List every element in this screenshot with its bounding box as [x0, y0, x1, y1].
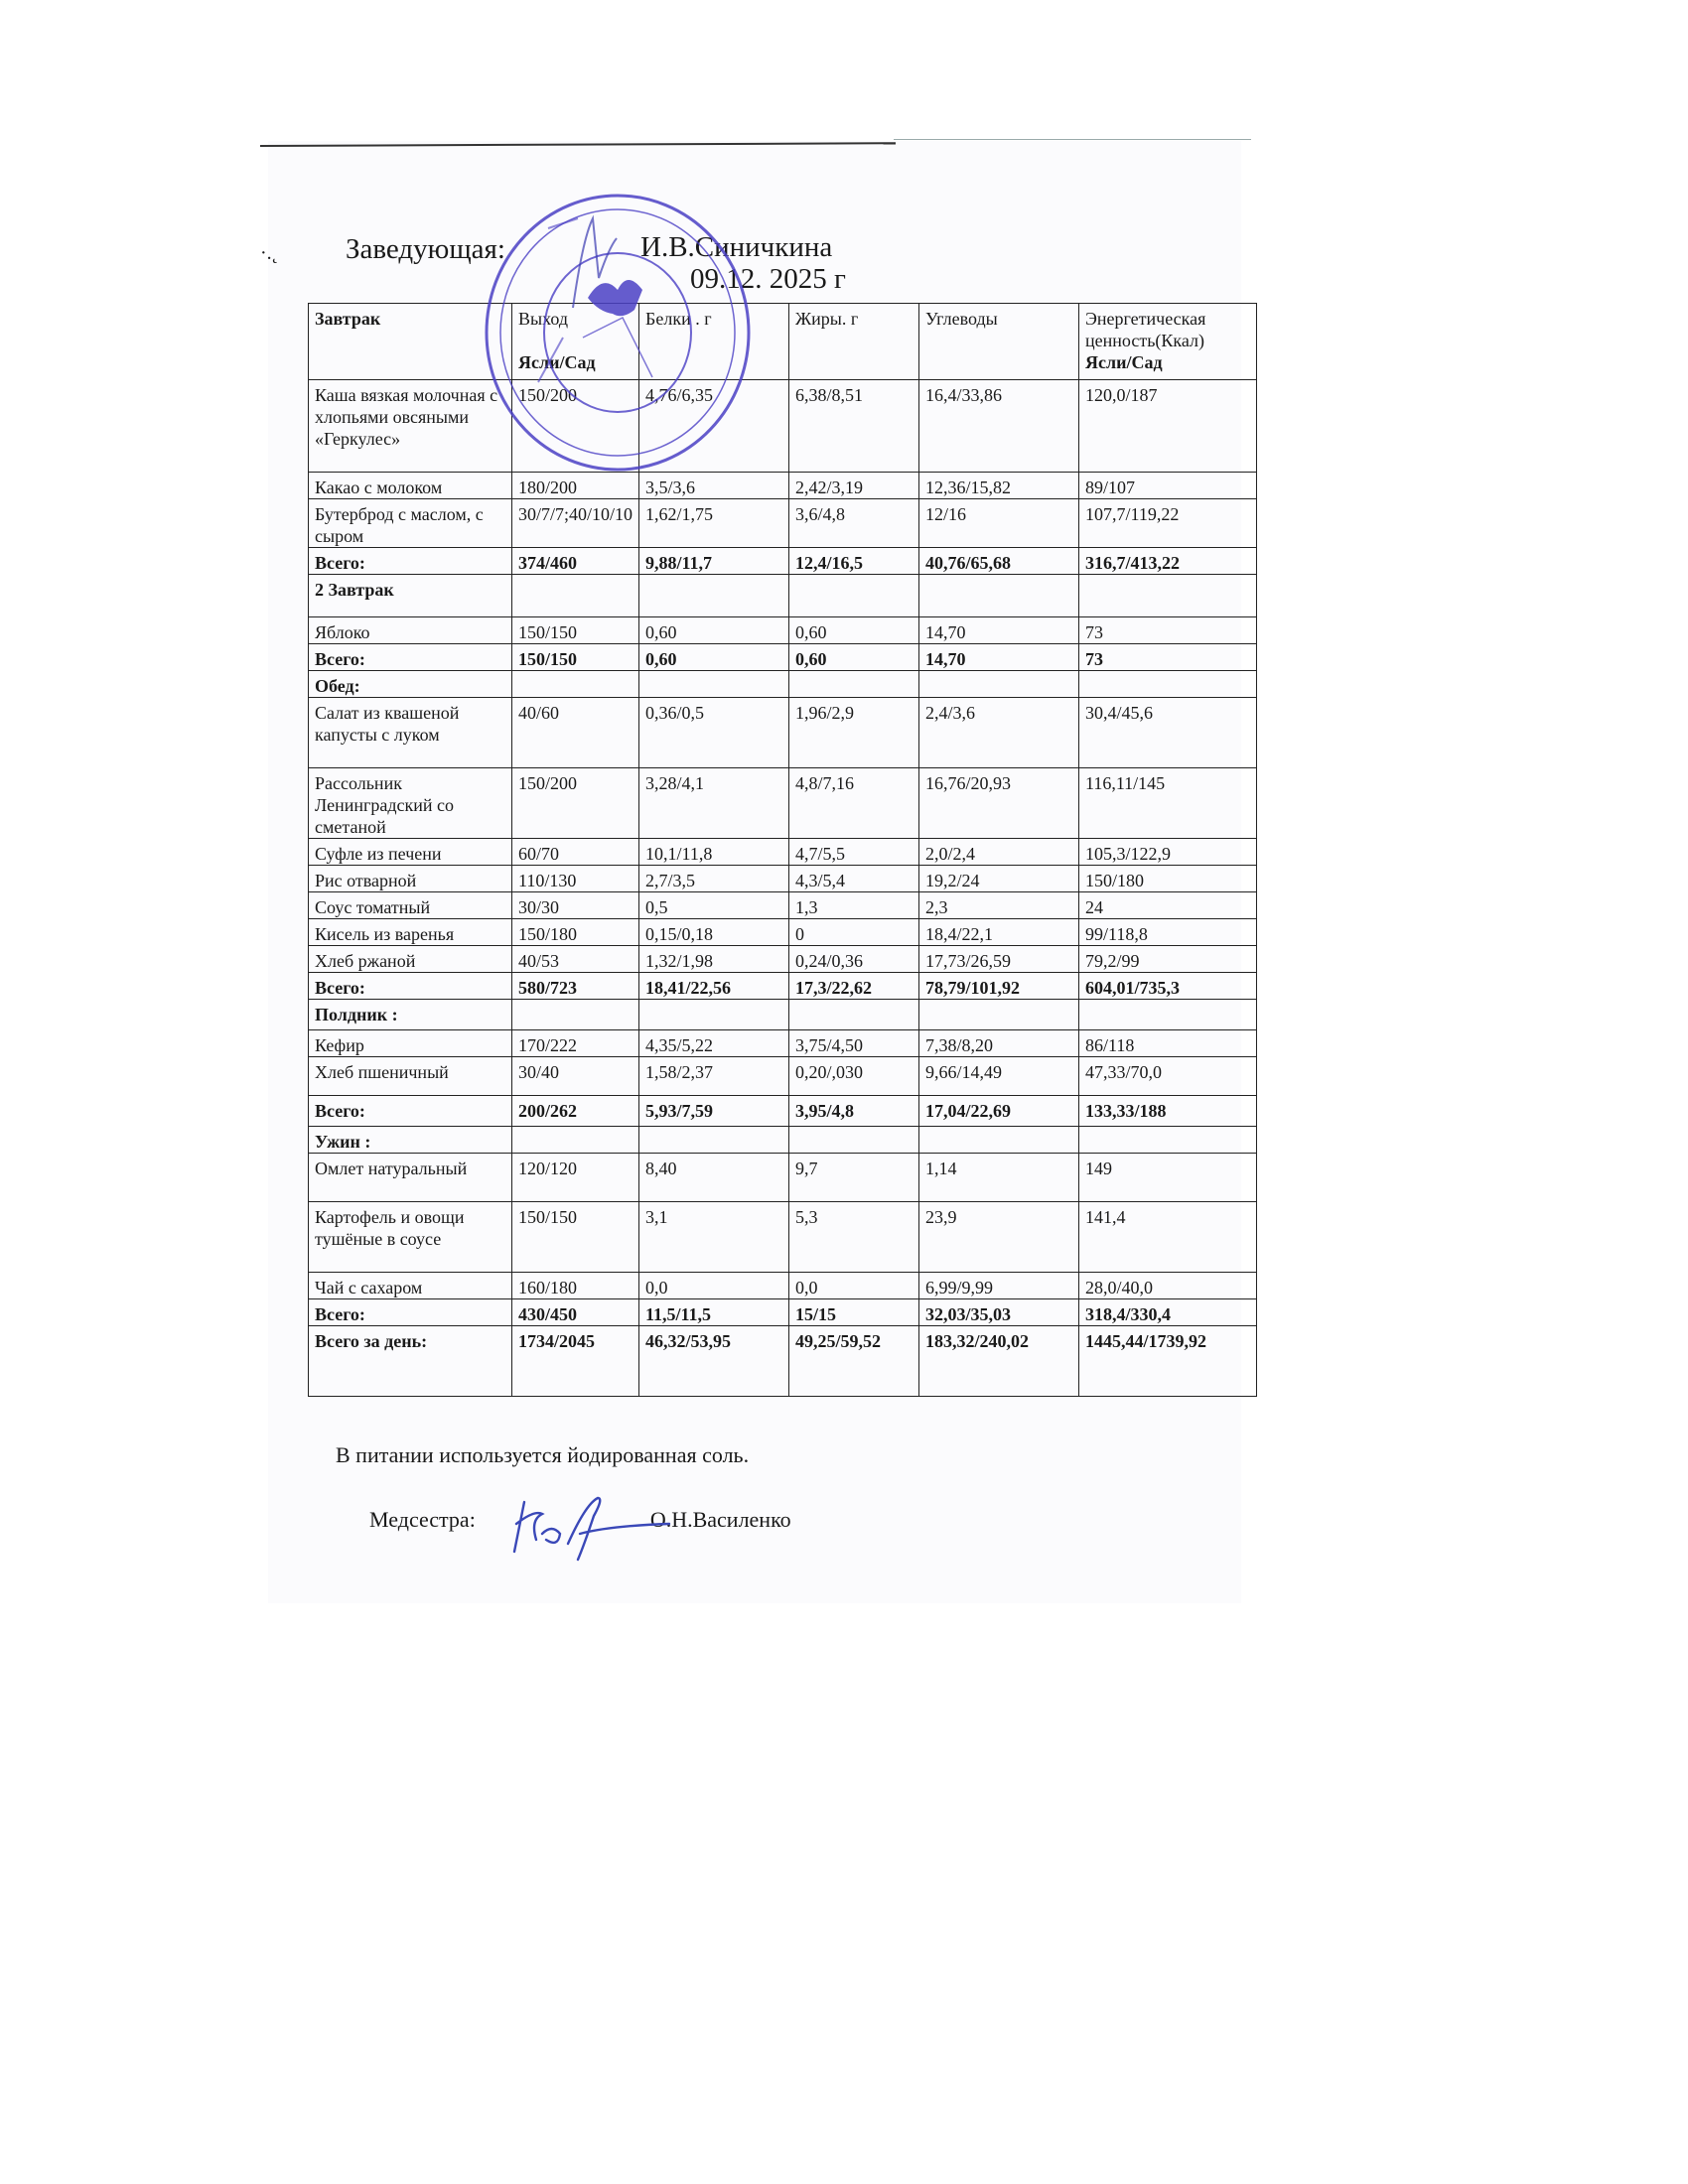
table-row: Хлеб ржаной40/531,32/1,980,24/0,3617,73/…: [309, 946, 1257, 973]
cell-proteins: [639, 575, 789, 617]
cell-proteins: 9,88/11,7: [639, 548, 789, 575]
cell-carbs: 1,14: [919, 1154, 1079, 1202]
cell-proteins: 1,62/1,75: [639, 499, 789, 548]
cell-proteins: [639, 1000, 789, 1030]
cell-proteins: 4,35/5,22: [639, 1030, 789, 1057]
cell-fats: 4,3/5,4: [789, 866, 919, 892]
dish-name: Рис отварной: [309, 866, 512, 892]
energy-header-line: Ясли/Сад: [1085, 351, 1250, 373]
cell-energy: [1079, 1127, 1257, 1154]
dish-name: Всего:: [309, 973, 512, 1000]
cell-carbs: 12,36/15,82: [919, 473, 1079, 499]
energy-header-line: ценность(Ккал): [1085, 330, 1250, 351]
table-row: Картофель и овощи тушёные в соусе150/150…: [309, 1202, 1257, 1273]
energy-header-line: Энергетическая: [1085, 308, 1250, 330]
cell-energy: 73: [1079, 617, 1257, 644]
cell-output: 40/53: [512, 946, 639, 973]
cell-carbs: 17,04/22,69: [919, 1096, 1079, 1127]
cell-fats: 6,38/8,51: [789, 380, 919, 473]
cell-fats: 1,3: [789, 892, 919, 919]
dish-name: Всего:: [309, 1299, 512, 1326]
cell-output: [512, 671, 639, 698]
cell-output: [512, 1000, 639, 1030]
total-row: Всего:200/2625,93/7,593,95/4,817,04/22,6…: [309, 1096, 1257, 1127]
dish-name: Рассольник Ленинградский со сметаной: [309, 768, 512, 839]
column-header-energy: Энергетическая ценность(Ккал) Ясли/Сад: [1079, 304, 1257, 380]
cell-fats: 15/15: [789, 1299, 919, 1326]
signature-icon: [506, 1494, 675, 1564]
cell-output: 170/222: [512, 1030, 639, 1057]
cell-proteins: 1,58/2,37: [639, 1057, 789, 1096]
cell-output: 30/40: [512, 1057, 639, 1096]
table-row: Соус томатный30/300,51,32,324: [309, 892, 1257, 919]
cell-carbs: 17,73/26,59: [919, 946, 1079, 973]
cell-carbs: 2,4/3,6: [919, 698, 1079, 768]
total-row: Всего:430/45011,5/11,515/1532,03/35,0331…: [309, 1299, 1257, 1326]
cell-carbs: 9,66/14,49: [919, 1057, 1079, 1096]
dish-name: Салат из квашеной капусты с луком: [309, 698, 512, 768]
cell-energy: 141,4: [1079, 1202, 1257, 1273]
cell-proteins: 0,15/0,18: [639, 919, 789, 946]
dish-name: Омлет натуральный: [309, 1154, 512, 1202]
cell-proteins: 0,60: [639, 617, 789, 644]
dish-name: Всего:: [309, 644, 512, 671]
cell-output: 60/70: [512, 839, 639, 866]
cell-energy: 116,11/145: [1079, 768, 1257, 839]
cell-output: 150/200: [512, 768, 639, 839]
cell-energy: 86/118: [1079, 1030, 1257, 1057]
cell-fats: 49,25/59,52: [789, 1326, 919, 1397]
cell-carbs: 32,03/35,03: [919, 1299, 1079, 1326]
dish-name: Соус томатный: [309, 892, 512, 919]
cell-energy: 133,33/188: [1079, 1096, 1257, 1127]
cell-fats: [789, 671, 919, 698]
cell-carbs: 19,2/24: [919, 866, 1079, 892]
dish-name: Всего:: [309, 548, 512, 575]
cell-carbs: 14,70: [919, 617, 1079, 644]
cell-proteins: 3,1: [639, 1202, 789, 1273]
table-row: Рис отварной110/1302,7/3,54,3/5,419,2/24…: [309, 866, 1257, 892]
cell-fats: 0,24/0,36: [789, 946, 919, 973]
cell-fats: 0: [789, 919, 919, 946]
dish-name: Обед:: [309, 671, 512, 698]
cell-proteins: [639, 1127, 789, 1154]
cell-carbs: 16,76/20,93: [919, 768, 1079, 839]
dish-name: Хлеб пшеничный: [309, 1057, 512, 1096]
table-row: Омлет натуральный120/1208,409,71,14149: [309, 1154, 1257, 1202]
cell-output: 150/150: [512, 644, 639, 671]
cell-fats: 17,3/22,62: [789, 973, 919, 1000]
cell-carbs: [919, 1000, 1079, 1030]
table-row: Бутерброд с маслом, с сыром30/7/7;40/10/…: [309, 499, 1257, 548]
table-row: Хлеб пшеничный30/401,58/2,370,20/,0309,6…: [309, 1057, 1257, 1096]
total-row: Всего:580/72318,41/22,5617,3/22,6278,79/…: [309, 973, 1257, 1000]
cell-energy: 316,7/413,22: [1079, 548, 1257, 575]
section-row: Ужин :: [309, 1127, 1257, 1154]
cell-energy: 47,33/70,0: [1079, 1057, 1257, 1096]
cell-output: 1734/2045: [512, 1326, 639, 1397]
cell-energy: 28,0/40,0: [1079, 1273, 1257, 1299]
cell-output: 150/180: [512, 919, 639, 946]
cell-carbs: [919, 671, 1079, 698]
cell-fats: 9,7: [789, 1154, 919, 1202]
cell-carbs: 78,79/101,92: [919, 973, 1079, 1000]
cell-fats: 0,60: [789, 644, 919, 671]
cell-proteins: [639, 671, 789, 698]
cell-energy: [1079, 575, 1257, 617]
grand-row: Всего за день:1734/204546,32/53,9549,25/…: [309, 1326, 1257, 1397]
cell-fats: 0,60: [789, 617, 919, 644]
table-row: Каша вязкая молочная с хлопьями овсяными…: [309, 380, 1257, 473]
cell-proteins: 0,36/0,5: [639, 698, 789, 768]
dish-name: Кефир: [309, 1030, 512, 1057]
cell-output: 430/450: [512, 1299, 639, 1326]
cell-energy: 105,3/122,9: [1079, 839, 1257, 866]
table-body: Каша вязкая молочная с хлопьями овсяными…: [309, 380, 1257, 1397]
nurse-label: Медсестра:: [369, 1507, 476, 1532]
column-header-carbs: Углеводы: [919, 304, 1079, 380]
cell-energy: 1445,44/1739,92: [1079, 1326, 1257, 1397]
cell-energy: 79,2/99: [1079, 946, 1257, 973]
dish-name: Чай с сахаром: [309, 1273, 512, 1299]
cell-fats: 5,3: [789, 1202, 919, 1273]
cell-carbs: 6,99/9,99: [919, 1273, 1079, 1299]
table-row: Кефир170/2224,35/5,223,75/4,507,38/8,208…: [309, 1030, 1257, 1057]
column-header-fats: Жиры. г: [789, 304, 919, 380]
dish-name: Всего за день:: [309, 1326, 512, 1397]
cell-proteins: 5,93/7,59: [639, 1096, 789, 1127]
dish-name: Всего:: [309, 1096, 512, 1127]
page-edge-line: [894, 139, 1251, 140]
cell-fats: [789, 575, 919, 617]
total-row: Всего:374/4609,88/11,712,4/16,540,76/65,…: [309, 548, 1257, 575]
dish-name: Полдник :: [309, 1000, 512, 1030]
menu-table: Завтрак Выход Ясли/Сад Белки . г Жиры. г…: [308, 303, 1257, 1397]
cell-energy: 150/180: [1079, 866, 1257, 892]
dish-name: Суфле из печени: [309, 839, 512, 866]
cell-output: [512, 1127, 639, 1154]
cell-fats: 1,96/2,9: [789, 698, 919, 768]
cell-fats: 0,20/,030: [789, 1057, 919, 1096]
cell-energy: 73: [1079, 644, 1257, 671]
cell-output: 160/180: [512, 1273, 639, 1299]
cell-output: 40/60: [512, 698, 639, 768]
cell-output: 580/723: [512, 973, 639, 1000]
section-row: 2 Завтрак: [309, 575, 1257, 617]
cell-fats: 3,6/4,8: [789, 499, 919, 548]
cell-output: 120/120: [512, 1154, 639, 1202]
cell-carbs: 16,4/33,86: [919, 380, 1079, 473]
cell-carbs: 2,3: [919, 892, 1079, 919]
cell-proteins: 0,0: [639, 1273, 789, 1299]
dish-name: Хлеб ржаной: [309, 946, 512, 973]
cell-fats: [789, 1127, 919, 1154]
cell-proteins: 1,32/1,98: [639, 946, 789, 973]
cell-carbs: 12/16: [919, 499, 1079, 548]
dish-name: Ужин :: [309, 1127, 512, 1154]
cell-carbs: 183,32/240,02: [919, 1326, 1079, 1397]
cell-proteins: 0,5: [639, 892, 789, 919]
cell-energy: 149: [1079, 1154, 1257, 1202]
cell-carbs: [919, 575, 1079, 617]
cell-carbs: 23,9: [919, 1202, 1079, 1273]
cell-output: 30/7/7;40/10/10: [512, 499, 639, 548]
table-row: Салат из квашеной капусты с луком40/600,…: [309, 698, 1257, 768]
table-row: Чай с сахаром160/1800,00,06,99/9,9928,0/…: [309, 1273, 1257, 1299]
dish-name: Кисель из варенья: [309, 919, 512, 946]
dish-name: Яблоко: [309, 617, 512, 644]
cell-fats: 12,4/16,5: [789, 548, 919, 575]
cell-proteins: 2,7/3,5: [639, 866, 789, 892]
cell-proteins: 0,60: [639, 644, 789, 671]
cell-fats: 2,42/3,19: [789, 473, 919, 499]
cell-fats: 4,8/7,16: [789, 768, 919, 839]
cell-proteins: 8,40: [639, 1154, 789, 1202]
cell-proteins: 3,28/4,1: [639, 768, 789, 839]
iodized-salt-note: В питании используется йодированная соль…: [336, 1442, 749, 1468]
table-row: Яблоко150/1500,600,6014,7073: [309, 617, 1257, 644]
cell-proteins: 10,1/11,8: [639, 839, 789, 866]
cell-output: 200/262: [512, 1096, 639, 1127]
cell-proteins: 18,41/22,56: [639, 973, 789, 1000]
cell-carbs: 18,4/22,1: [919, 919, 1079, 946]
cell-energy: [1079, 1000, 1257, 1030]
cell-fats: 0,0: [789, 1273, 919, 1299]
dish-name: Картофель и овощи тушёные в соусе: [309, 1202, 512, 1273]
cell-output: 150/150: [512, 617, 639, 644]
scan-artifact: ·.˛: [260, 242, 278, 265]
cell-carbs: [919, 1127, 1079, 1154]
cell-carbs: 14,70: [919, 644, 1079, 671]
cell-energy: 318,4/330,4: [1079, 1299, 1257, 1326]
section-row: Полдник :: [309, 1000, 1257, 1030]
cell-energy: 99/118,8: [1079, 919, 1257, 946]
cell-energy: 107,7/119,22: [1079, 499, 1257, 548]
cell-energy: 120,0/187: [1079, 380, 1257, 473]
cell-energy: 604,01/735,3: [1079, 973, 1257, 1000]
cell-energy: 30,4/45,6: [1079, 698, 1257, 768]
cell-carbs: 2,0/2,4: [919, 839, 1079, 866]
dish-name: 2 Завтрак: [309, 575, 512, 617]
cell-energy: [1079, 671, 1257, 698]
cell-fats: [789, 1000, 919, 1030]
cell-output: 150/150: [512, 1202, 639, 1273]
table-row: Кисель из варенья150/1800,15/0,18018,4/2…: [309, 919, 1257, 946]
cell-proteins: 46,32/53,95: [639, 1326, 789, 1397]
cell-energy: 24: [1079, 892, 1257, 919]
table-row: Какао с молоком180/2003,5/3,62,42/3,1912…: [309, 473, 1257, 499]
cell-output: 374/460: [512, 548, 639, 575]
table-row: Суфле из печени60/7010,1/11,84,7/5,52,0/…: [309, 839, 1257, 866]
total-row: Всего:150/1500,600,6014,7073: [309, 644, 1257, 671]
cell-output: [512, 575, 639, 617]
official-stamp-icon: [479, 189, 757, 477]
cell-carbs: 7,38/8,20: [919, 1030, 1079, 1057]
cell-fats: 3,75/4,50: [789, 1030, 919, 1057]
cell-carbs: 40,76/65,68: [919, 548, 1079, 575]
cell-energy: 89/107: [1079, 473, 1257, 499]
cell-fats: 3,95/4,8: [789, 1096, 919, 1127]
cell-output: 30/30: [512, 892, 639, 919]
section-row: Обед:: [309, 671, 1257, 698]
cell-output: 110/130: [512, 866, 639, 892]
cell-proteins: 11,5/11,5: [639, 1299, 789, 1326]
table-row: Рассольник Ленинградский со сметаной150/…: [309, 768, 1257, 839]
cell-fats: 4,7/5,5: [789, 839, 919, 866]
dish-name: Бутерброд с маслом, с сыром: [309, 499, 512, 548]
table-header-row: Завтрак Выход Ясли/Сад Белки . г Жиры. г…: [309, 304, 1257, 380]
